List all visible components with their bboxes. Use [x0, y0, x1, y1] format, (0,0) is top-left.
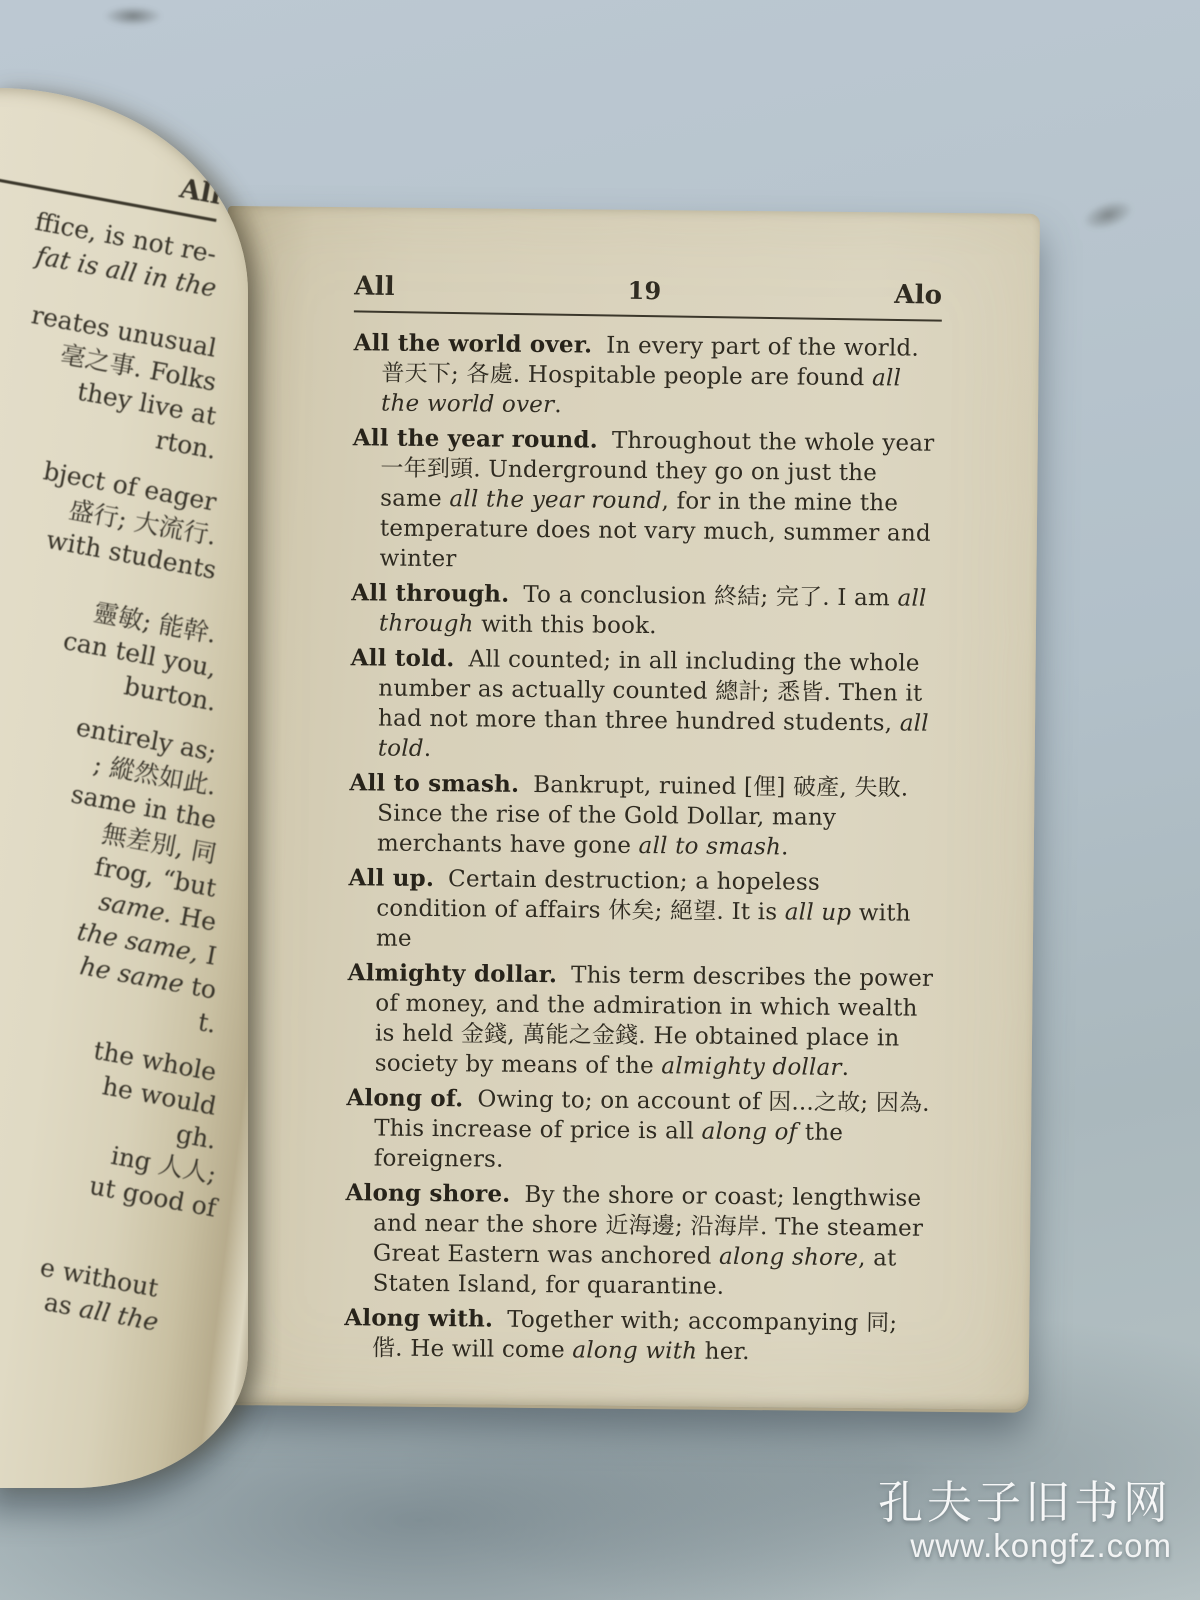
entry-text: . — [554, 392, 562, 418]
guide-word-right: Alo — [894, 280, 942, 311]
entry-headword: All through. — [351, 579, 509, 608]
entry-list: All the world over.In every part of the … — [344, 328, 942, 1369]
left-page-text: ffice, is not re-fat is all in thereates… — [0, 238, 216, 1340]
paper-smudge — [104, 6, 162, 26]
entry-text: He — [170, 900, 219, 937]
entry-definition: Certain destruction; a hopeless conditio… — [376, 866, 911, 952]
dictionary-entry: Along with.Together with; accompanying 同… — [344, 1303, 933, 1369]
entry-text: to — [181, 970, 219, 1005]
dictionary-entry: All to smash.Bankrupt, ruined [俚] 破產, 失敗… — [349, 768, 938, 864]
entry-headword: Almighty dollar. — [348, 959, 558, 988]
entry-headword: All up. — [348, 864, 434, 892]
dictionary-entry: All through.To a conclusion 終結; 完了. I am… — [351, 578, 940, 644]
entry-headword: All to smash. — [349, 769, 519, 798]
idiom-italic-text: all to smash — [639, 833, 782, 860]
entry-headword: All the world over. — [354, 329, 593, 358]
entry-text: gh. — [174, 1119, 219, 1155]
entry-text: . — [842, 1055, 850, 1081]
watermark-site-name: 孔夫子旧书网 — [860, 1478, 1172, 1528]
left-book-page: All ffice, is not re-fat is all in there… — [0, 88, 248, 1488]
dictionary-entry: Along of.Owing to; on account of 因...之故;… — [346, 1083, 935, 1179]
entry-text: I — [196, 939, 219, 971]
entry-text: To a conclusion 終結; 完了. I am — [523, 582, 897, 612]
left-page-fragment-group: entirely as;; 縱然如此.same in the無差別, 同frog… — [0, 736, 216, 1042]
left-page-fragment-group: reates unusual毫之事. Folksthey live atrton… — [0, 332, 216, 468]
watermark-site-url: www.kongfz.com — [860, 1528, 1172, 1564]
watermark: 孔夫子旧书网 www.kongfz.com — [860, 1478, 1172, 1564]
dictionary-entry: All the year round.Throughout the whole … — [351, 423, 940, 579]
right-page-text-block: All 19 Alo All the world over.In every p… — [344, 273, 942, 1374]
entry-headword: Along shore. — [345, 1179, 510, 1208]
entry-headword: All the year round. — [353, 424, 598, 453]
idiom-italic-text: along shore — [719, 1244, 858, 1271]
guide-word-left: All — [354, 271, 395, 302]
running-header: All 19 Alo — [354, 271, 943, 321]
entry-text: All counted; in all including the whole … — [378, 646, 923, 736]
left-page-fragment-group: e withoutas all the — [0, 1272, 216, 1340]
entry-text: as — [42, 1287, 82, 1322]
left-page-fragment-group: ffice, is not re-fat is all in the — [0, 238, 216, 306]
dictionary-entry: Along shore.By the shore or coast; lengt… — [345, 1178, 934, 1304]
entry-text: . — [781, 834, 789, 860]
left-page-fragment-group: bject of eager盛行; 大流行.with students — [0, 486, 216, 588]
left-page-fragment-group: the wholehe wouldgh.ing 人人;ut good of — [0, 1056, 216, 1226]
entry-text: t. — [196, 1007, 219, 1039]
entry-headword: All told. — [351, 644, 455, 672]
entry-text: . — [424, 736, 432, 762]
dictionary-entry: Almighty dollar.This term describes the … — [347, 958, 936, 1084]
entry-text: Certain destruction; a hopeless conditio… — [376, 866, 820, 925]
entry-text: her. — [697, 1339, 750, 1366]
entry-definition: All counted; in all including the whole … — [378, 646, 929, 762]
idiom-italic-text: almighty dollar — [661, 1053, 842, 1081]
dictionary-entry: All the world over.In every part of the … — [353, 328, 942, 424]
idiom-italic-text: along of — [701, 1119, 797, 1146]
left-page-text-block: All ffice, is not re-fat is all in there… — [0, 88, 248, 1488]
entry-text: with this book. — [474, 611, 657, 639]
entry-headword: Along of. — [346, 1084, 463, 1112]
right-book-page: All 19 Alo All the world over.In every p… — [217, 206, 1040, 1410]
idiom-italic-text: all the year round — [449, 486, 661, 514]
idiom-italic-text: all up — [785, 899, 852, 926]
entry-headword: Along with. — [344, 1304, 493, 1332]
dictionary-entry: All told.All counted; in all including t… — [350, 643, 939, 769]
idiom-italic-text: along with — [572, 1337, 697, 1364]
page-number: 19 — [395, 272, 895, 310]
dictionary-entry: All up.Certain destruction; a hopeless c… — [348, 863, 937, 959]
